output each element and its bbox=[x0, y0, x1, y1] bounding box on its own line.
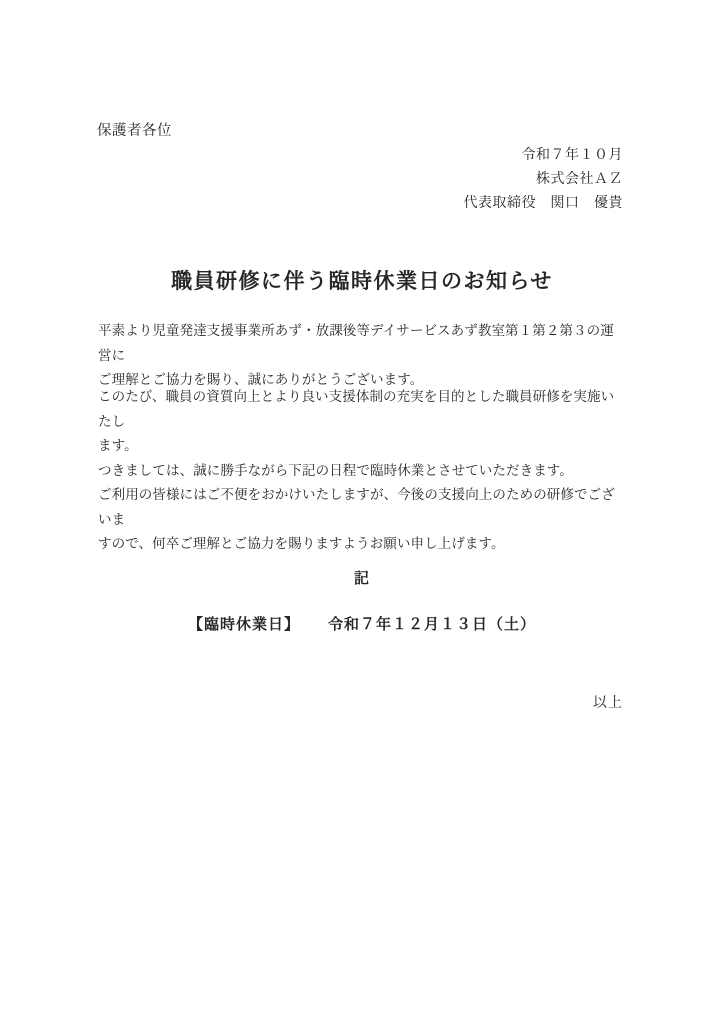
record-marker: 記 bbox=[0, 567, 724, 588]
closure-label: 【臨時休業日】 bbox=[188, 613, 300, 634]
notice-document-page: 保護者各位 令和７年１０月 株式会社ＡＺ 代表取締役 関口 優貴 職員研修に伴う… bbox=[0, 0, 724, 1024]
paragraph-line: すので、何卒ご理解とご協力を賜りますようお願い申し上げます。 bbox=[98, 532, 624, 557]
closure-date: 令和７年１２月１３日（土） bbox=[328, 613, 536, 634]
closure-date-line: 【臨時休業日】 令和７年１２月１３日（土） bbox=[0, 613, 724, 634]
document-title: 職員研修に伴う臨時休業日のお知らせ bbox=[0, 265, 724, 295]
company-name: 株式会社ＡＺ bbox=[464, 168, 624, 192]
paragraph-line: つきましては、誠に勝手ながら下記の日程で臨時休業とさせていただきます。 bbox=[98, 459, 624, 484]
paragraph-line: 平素より児童発達支援事業所あず・放課後等デイサービスあず教室第１第２第３の運営に bbox=[98, 319, 624, 368]
recipient-line: 保護者各位 bbox=[97, 119, 172, 140]
representative-name: 代表取締役 関口 優貴 bbox=[464, 192, 624, 216]
paragraph-line: このたび、職員の資質向上とより良い支援体制の充実を目的とした職員研修を実施いたし bbox=[98, 385, 624, 434]
closing-marker: 以上 bbox=[593, 692, 623, 712]
greeting-paragraph: 平素より児童発達支援事業所あず・放課後等デイサービスあず教室第１第２第３の運営に… bbox=[98, 319, 624, 393]
issue-date: 令和７年１０月 bbox=[464, 144, 624, 168]
paragraph-line: ご利用の皆様にはご不便をおかけいたしますが、今後の支援向上のための研修でございま bbox=[98, 483, 624, 532]
sender-block: 令和７年１０月 株式会社ＡＺ 代表取締役 関口 優貴 bbox=[464, 144, 624, 216]
body-paragraph: このたび、職員の資質向上とより良い支援体制の充実を目的とした職員研修を実施いたし… bbox=[98, 385, 624, 557]
paragraph-line: ます。 bbox=[98, 434, 624, 459]
